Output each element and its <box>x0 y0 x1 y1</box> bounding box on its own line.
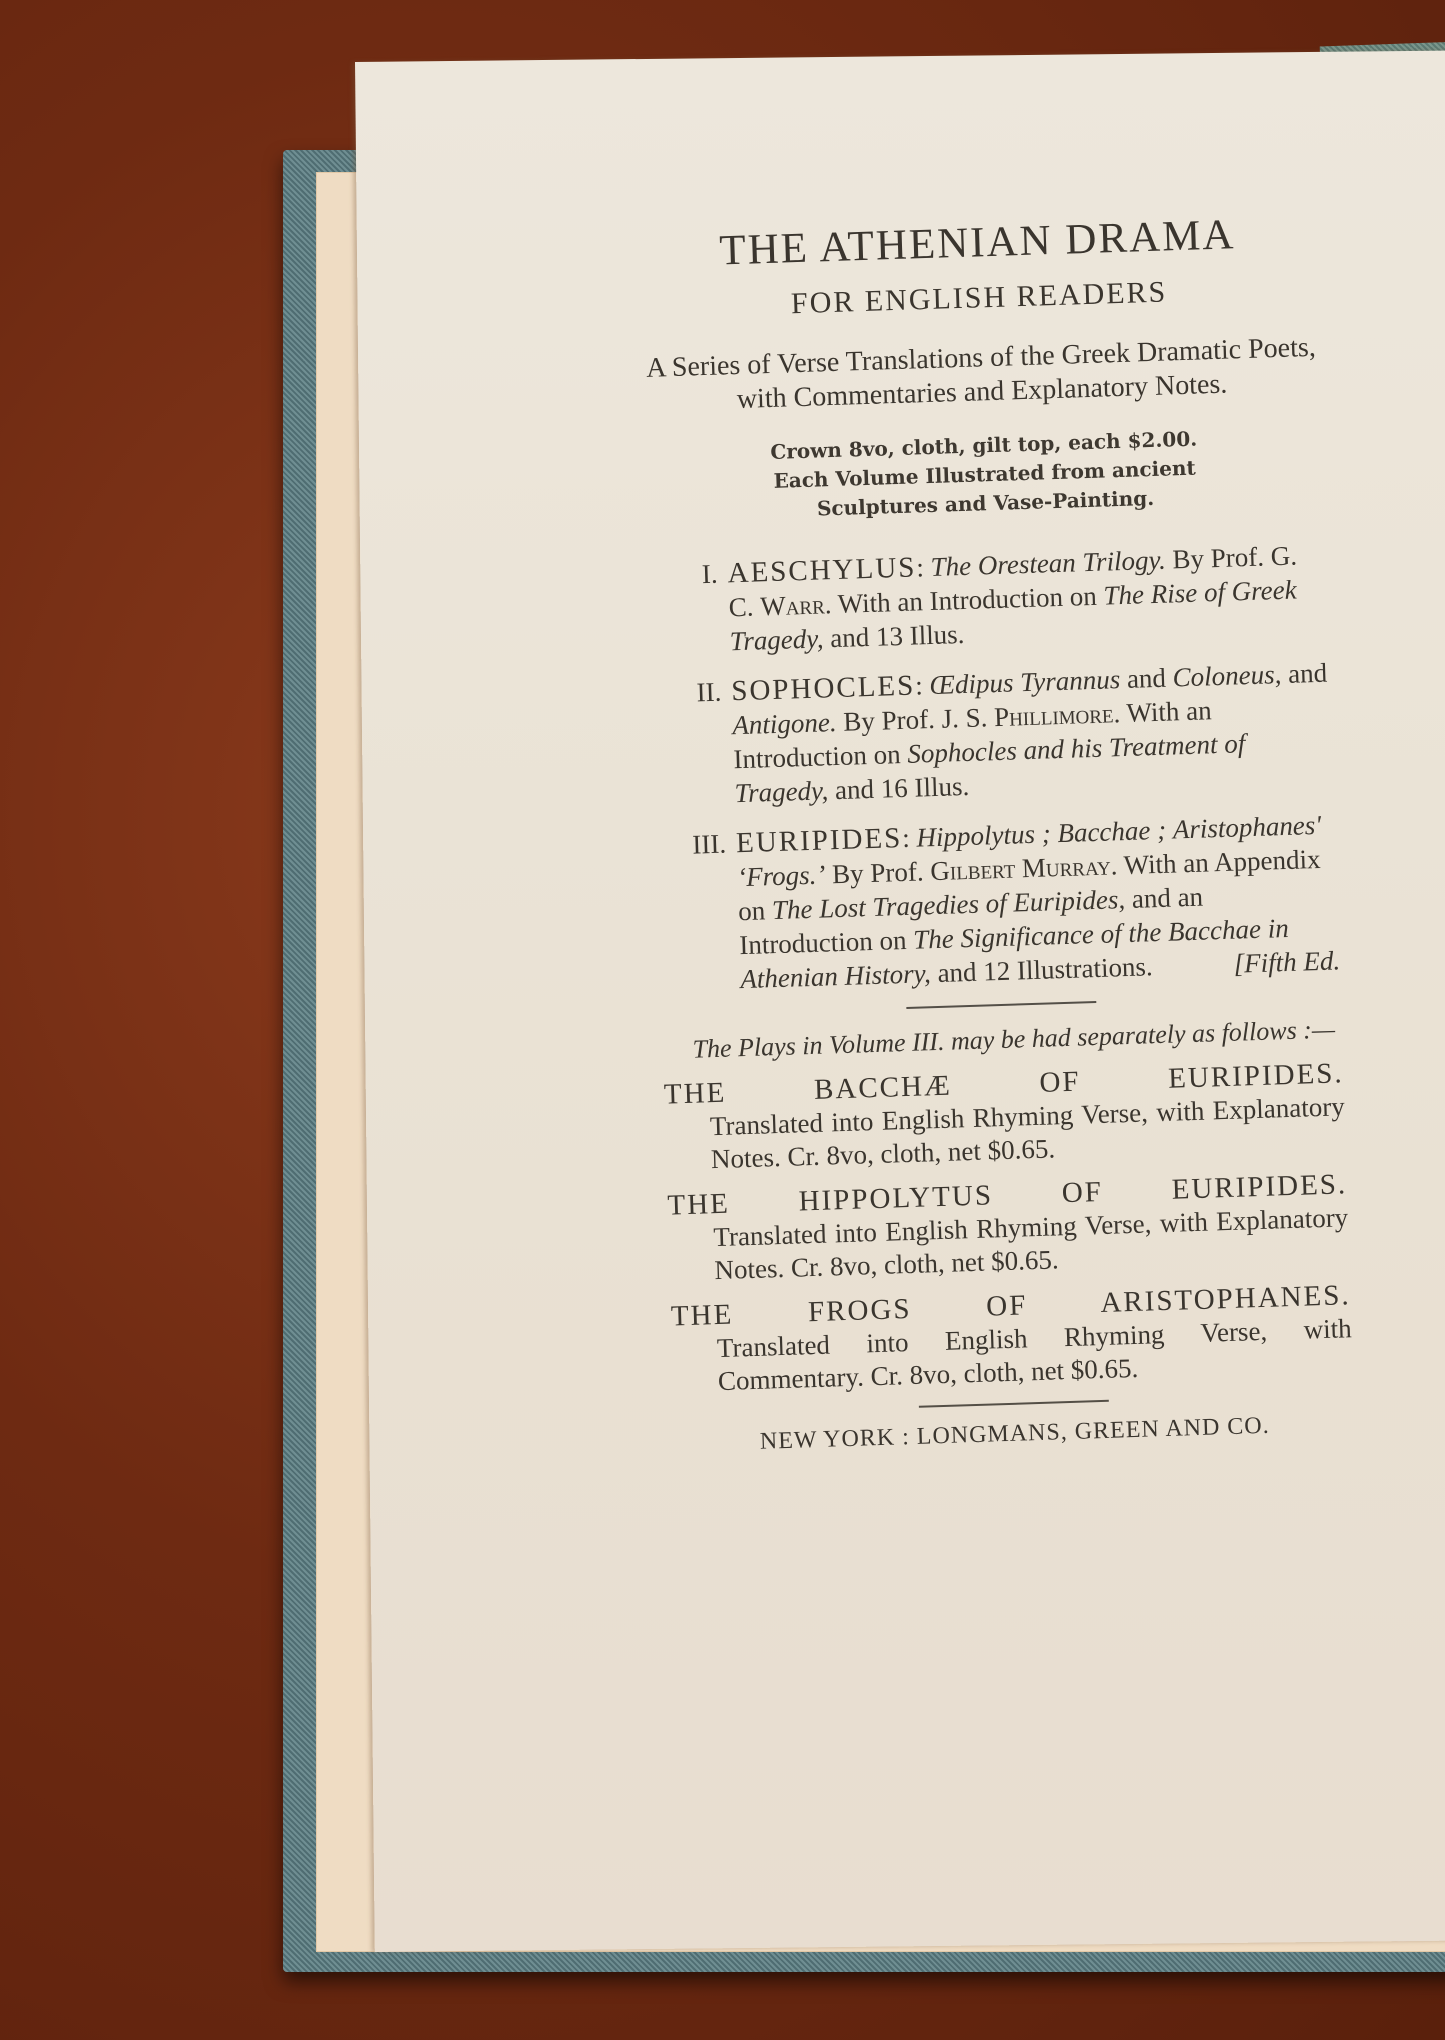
separate-item-hippolytus: THE HIPPOLYTUS OF EURIPIDES. Translated … <box>667 1168 1350 1288</box>
conj: and <box>1288 658 1328 689</box>
volume-work: Hippolytus ; <box>916 818 1051 852</box>
publisher-imprint: NEW YORK : LONGMANS, GREEN AND CO. <box>675 1410 1356 1458</box>
divider-rule <box>919 1400 1109 1408</box>
volume-by: By Prof. J. S. <box>843 702 988 737</box>
conj: and <box>1126 663 1166 694</box>
volume-author: AESCHYLUS <box>727 551 917 589</box>
volume-1: I. AESCHYLUS: The Orestean Trilogy. By P… <box>647 538 1330 661</box>
volume-author: SOPHOCLES <box>731 670 916 708</box>
volume-translator: Phillimore. <box>994 698 1121 732</box>
volume-illus: and 12 Illustrations. <box>937 951 1153 988</box>
volume-translator: Gilbert Murray. <box>930 850 1118 886</box>
separate-item-bacchae: THE BACCHÆ OF EURIPIDES. Translated into… <box>663 1057 1346 1177</box>
advertisement-content: THE ATHENIAN DRAMA FOR ENGLISH READERS A… <box>637 208 1355 1459</box>
volume-work: The Orestean Trilogy. <box>930 545 1166 582</box>
colon: : <box>915 670 923 700</box>
divider-rule <box>906 1001 1096 1009</box>
volume-work-2: Coloneus, <box>1172 659 1282 692</box>
volume-intro-prefix: With an Introduction on <box>837 581 1097 619</box>
volume-work-2: Bacchae ; <box>1057 815 1167 848</box>
volume-translator: Warr. <box>760 589 832 621</box>
volume-3: III. EURIPIDES: Hippolytus ; Bacchae ; A… <box>656 807 1341 998</box>
colon: : <box>902 823 910 853</box>
volume-number: II. <box>651 675 722 711</box>
volume-number: III. <box>656 827 727 863</box>
book-page: THE ATHENIAN DRAMA FOR ENGLISH READERS A… <box>355 50 1445 1952</box>
volume-by: By Prof. <box>832 856 924 889</box>
volume-author: EURIPIDES <box>736 822 903 859</box>
series-specs: Crown 8vo, cloth, gilt top, each $2.00. … <box>643 421 1325 529</box>
series-subtitle: FOR ENGLISH READERS <box>639 271 1320 326</box>
volume-number: I. <box>647 557 718 593</box>
series-title: THE ATHENIAN DRAMA <box>637 208 1318 278</box>
colon: : <box>916 552 924 582</box>
specs-line-3: Sculptures and Vase-Painting. <box>817 486 1155 521</box>
volume-work: Œdipus Tyrannus <box>929 664 1121 700</box>
volume-2: II. SOPHOCLES: Œdipus Tyrannus and Colon… <box>651 655 1335 812</box>
separate-item-frogs: THE FROGS OF ARISTOPHANES. Translated in… <box>670 1279 1353 1399</box>
series-description: A Series of Verse Translations of the Gr… <box>641 331 1323 420</box>
volume-illus: and 13 Illus. <box>830 619 965 653</box>
volume-illus: and 16 Illus. <box>835 771 970 805</box>
volume-edition: [Fifth Ed. <box>1233 943 1341 980</box>
volume-work-3: Antigone. <box>732 707 837 740</box>
